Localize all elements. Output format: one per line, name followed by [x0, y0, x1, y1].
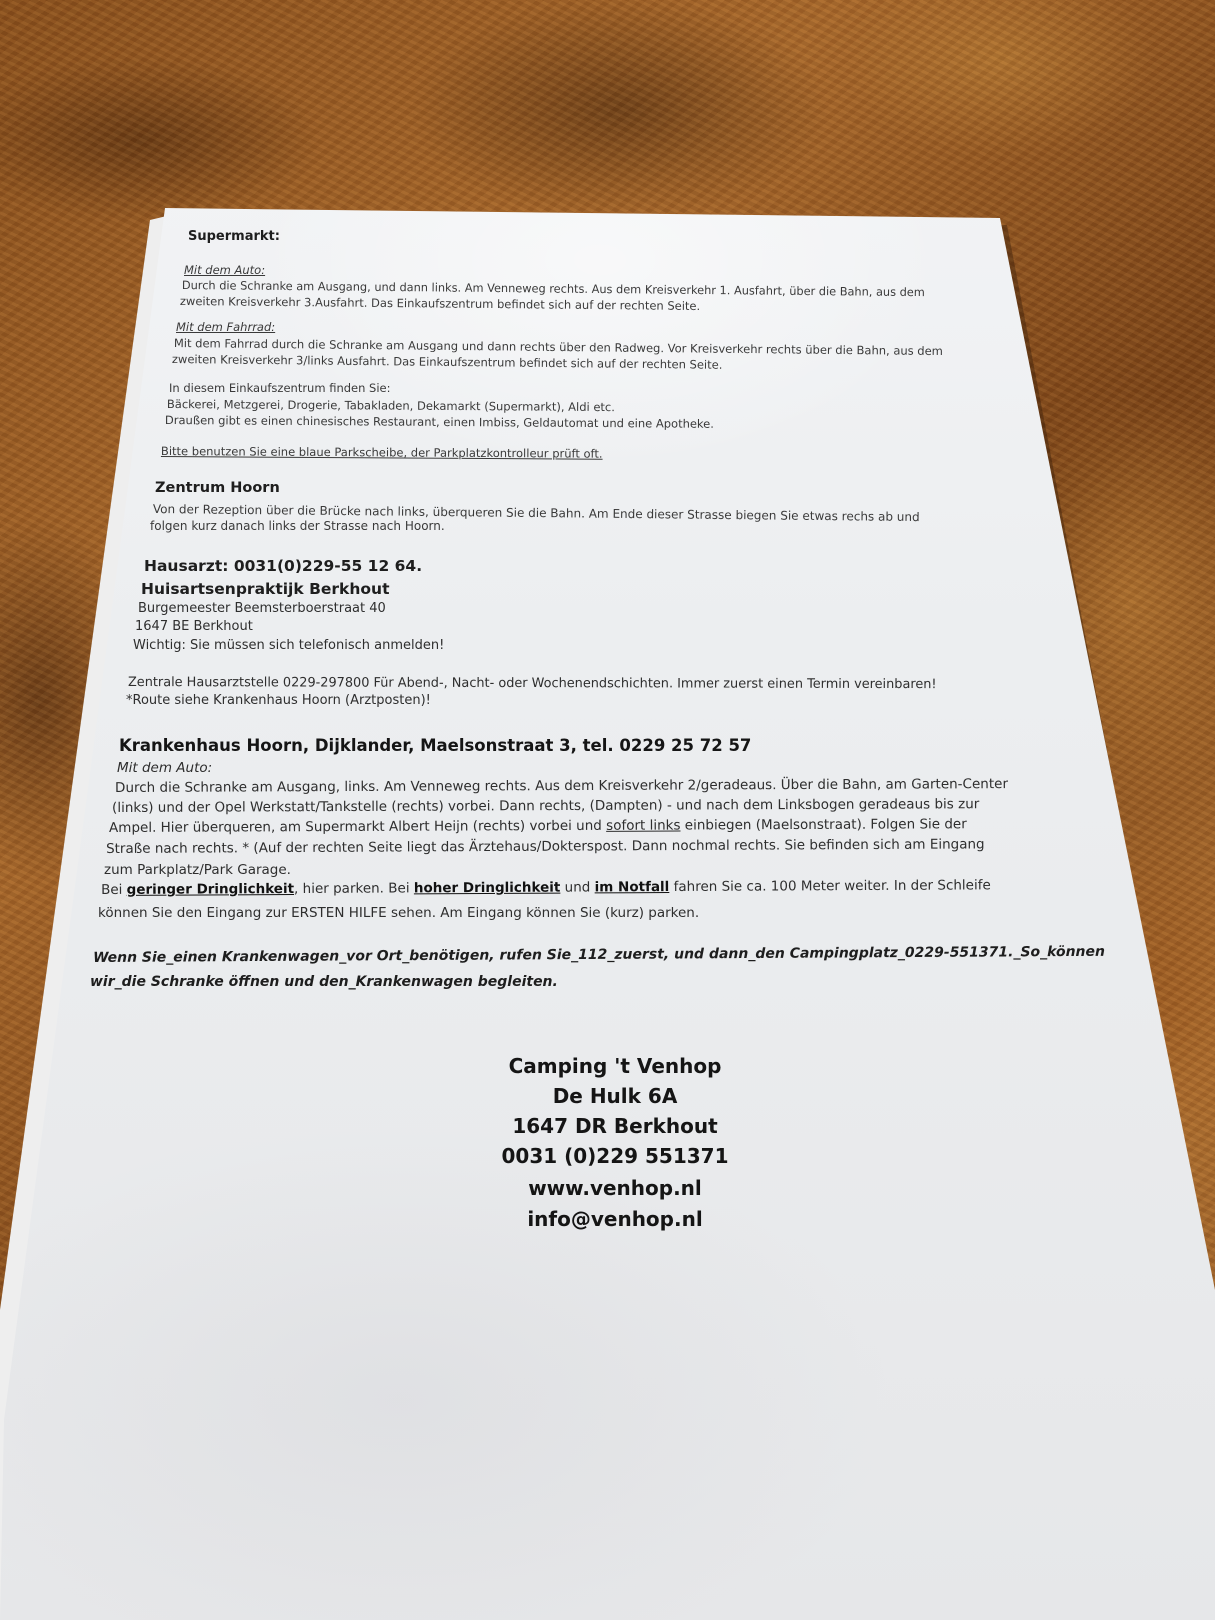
doctor-route-note: *Route siehe Krankenhaus Hoorn (Arztpost…	[126, 693, 431, 708]
hospital-line-5: zum Parkplatz/Park Garage.	[104, 862, 291, 878]
footer-website: www.venhop.nl	[415, 1176, 815, 1200]
hospital-sofort-links: sofort links	[606, 818, 680, 834]
doctor-city: 1647 BE Berkhout	[135, 619, 253, 634]
urgency-text-3: und	[560, 879, 594, 895]
shops-intro: In diesem Einkaufszentrum finden Sie:	[169, 381, 391, 395]
urgency-high: hoher Dringlichkeit	[414, 880, 561, 897]
footer-email: info@venhop.nl	[415, 1207, 815, 1231]
urgency-low: geringer Dringlichkeit	[127, 881, 294, 898]
supermarket-bike-heading: Mit dem Fahrrad:	[176, 320, 275, 334]
supermarket-title: Supermarkt:	[188, 229, 280, 244]
supermarket-car-heading: Mit dem Auto:	[184, 263, 265, 277]
ambulance-line-2: wir_die Schranke öffnen und den_Krankenw…	[90, 974, 558, 990]
center-title: Zentrum Hoorn	[155, 480, 280, 496]
urgency-text-2: , hier parken. Bei	[294, 880, 414, 897]
footer-street: De Hulk 6A	[415, 1084, 815, 1108]
doctor-practice: Huisartsenpraktijk Berkhout	[141, 580, 389, 598]
urgency-prefix: Bei	[101, 882, 127, 898]
hospital-line-3-b: einbiegen (Maelsonstraat). Folgen Sie de…	[680, 816, 966, 833]
doctor-phone: Hausarzt: 0031(0)229-55 12 64.	[144, 557, 422, 575]
urgency-text-4: fahren Sie ca. 100 Meter weiter. In der …	[669, 877, 991, 895]
urgency-emergency: im Notfall	[595, 879, 670, 895]
hospital-line-7: können Sie den Eingang zur ERSTEN HILFE …	[98, 905, 699, 921]
doctor-street: Burgemeester Beemsterboerstraat 40	[138, 601, 386, 616]
footer-city: 1647 DR Berkhout	[415, 1114, 815, 1138]
doctor-note: Wichtig: Sie müssen sich telefonisch anm…	[133, 638, 444, 653]
footer-phone: 0031 (0)229 551371	[415, 1144, 815, 1168]
parking-note: Bitte benutzen Sie eine blaue Parkscheib…	[161, 444, 603, 461]
hospital-line-3-a: Ampel. Hier überqueren, am Supermarkt Al…	[109, 818, 606, 836]
footer-camping-name: Camping 't Venhop	[415, 1054, 815, 1078]
doctor-central-line: Zentrale Hausarztstelle 0229-297800 Für …	[128, 675, 937, 692]
center-line-2: folgen kurz danach links der Strasse nac…	[150, 519, 445, 533]
hospital-title: Krankenhaus Hoorn, Dijklander, Maelsonst…	[119, 736, 751, 755]
hospital-car-heading: Mit dem Auto:	[117, 760, 212, 776]
